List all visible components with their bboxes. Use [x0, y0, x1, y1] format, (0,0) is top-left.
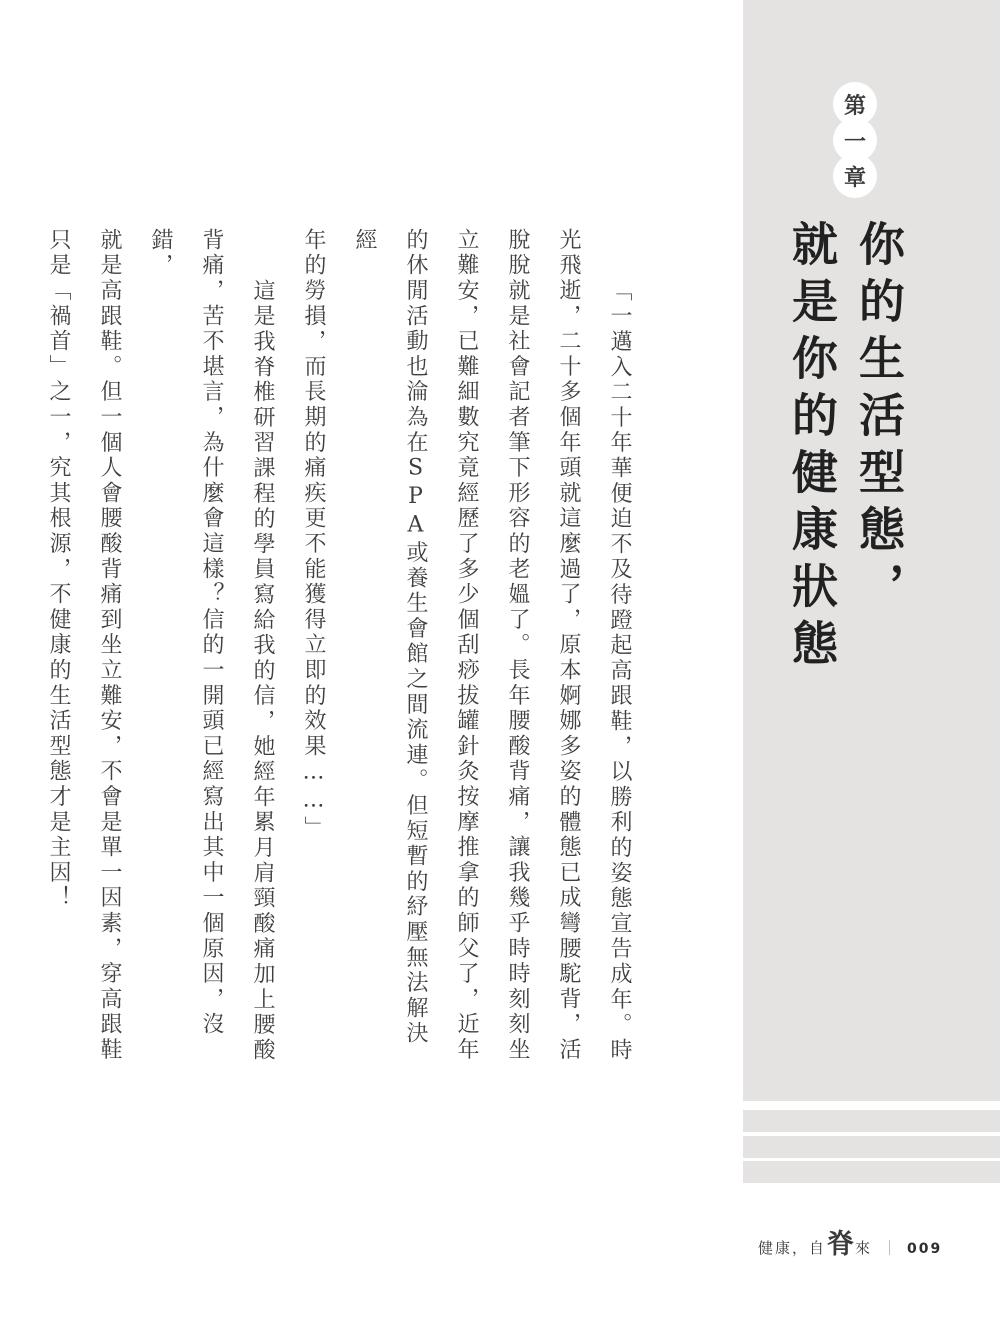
- chapter-badge-char: 章: [833, 154, 877, 198]
- chapter-title-line: 就是你的健康狀態: [778, 220, 845, 980]
- body-text: 「一邁入二十年華便迫不及待蹬起高跟鞋，以勝利的姿態宣告成年。時 光飛逝，二十多個…: [33, 228, 645, 1064]
- panel-stripe: [743, 1110, 1000, 1132]
- book-title-emphasis: 脊: [827, 1222, 854, 1261]
- body-text-column: 就是高跟鞋。但一個人會腰酸背痛到坐立難安，不會是單一因素，穿高跟鞋: [84, 228, 135, 1064]
- chapter-badge-char-text: 一: [844, 125, 866, 156]
- body-text-column: 只是「禍首」之一，究其根源，不健康的生活型態才是主因！: [33, 228, 84, 1064]
- chapter-badge-char-text: 第: [844, 89, 866, 120]
- body-text-column: 背痛，苦不堪言，為什麼會這樣？信的一開頭已經寫出其中一個原因，沒錯，: [135, 228, 237, 1064]
- body-text-column: 年的勞損，而長期的痛疾更不能獲得立即的效果……」: [288, 228, 339, 1064]
- body-text-column: 「一邁入二十年華便迫不及待蹬起高跟鞋，以勝利的姿態宣告成年。時: [594, 228, 645, 1064]
- book-title-suffix: 來: [855, 1237, 872, 1258]
- chapter-badge: 第 一 章: [833, 82, 877, 198]
- page-number: 009: [907, 1241, 942, 1257]
- body-text-column: 脫脫就是社會記者筆下形容的老媼了。長年腰酸背痛，讓我幾乎時時刻刻坐: [492, 228, 543, 1064]
- book-title-prefix: 健康，自: [758, 1237, 826, 1258]
- body-text-column: 立難安，已難細數究竟經歷了多少個刮痧拔罐針灸按摩推拿的師父了，近年: [441, 228, 492, 1064]
- chapter-badge-char-text: 章: [844, 161, 866, 192]
- body-text-column: 這是我脊椎研習課程的學員寫給我的信，她經年累月肩頸酸痛加上腰酸: [237, 228, 288, 1064]
- panel-stripe: [743, 1161, 1000, 1183]
- chapter-title-line: 你的生活型態，: [845, 220, 912, 980]
- chapter-title: 你的生活型態， 就是你的健康狀態: [778, 220, 912, 980]
- body-text-column: 光飛逝，二十多個年頭就這麼過了，原本婀娜多姿的體態已成彎腰駝背，活: [543, 228, 594, 1064]
- panel-stripe: [743, 1136, 1000, 1158]
- footer-separator: ｜: [882, 1237, 897, 1258]
- body-text-column: 的休閒活動也淪為在SPA或養生會館之間流連。但短暫的紓壓無法解決經: [339, 228, 441, 1064]
- page-footer: 健康，自 脊 來 ｜ 009: [758, 1222, 942, 1261]
